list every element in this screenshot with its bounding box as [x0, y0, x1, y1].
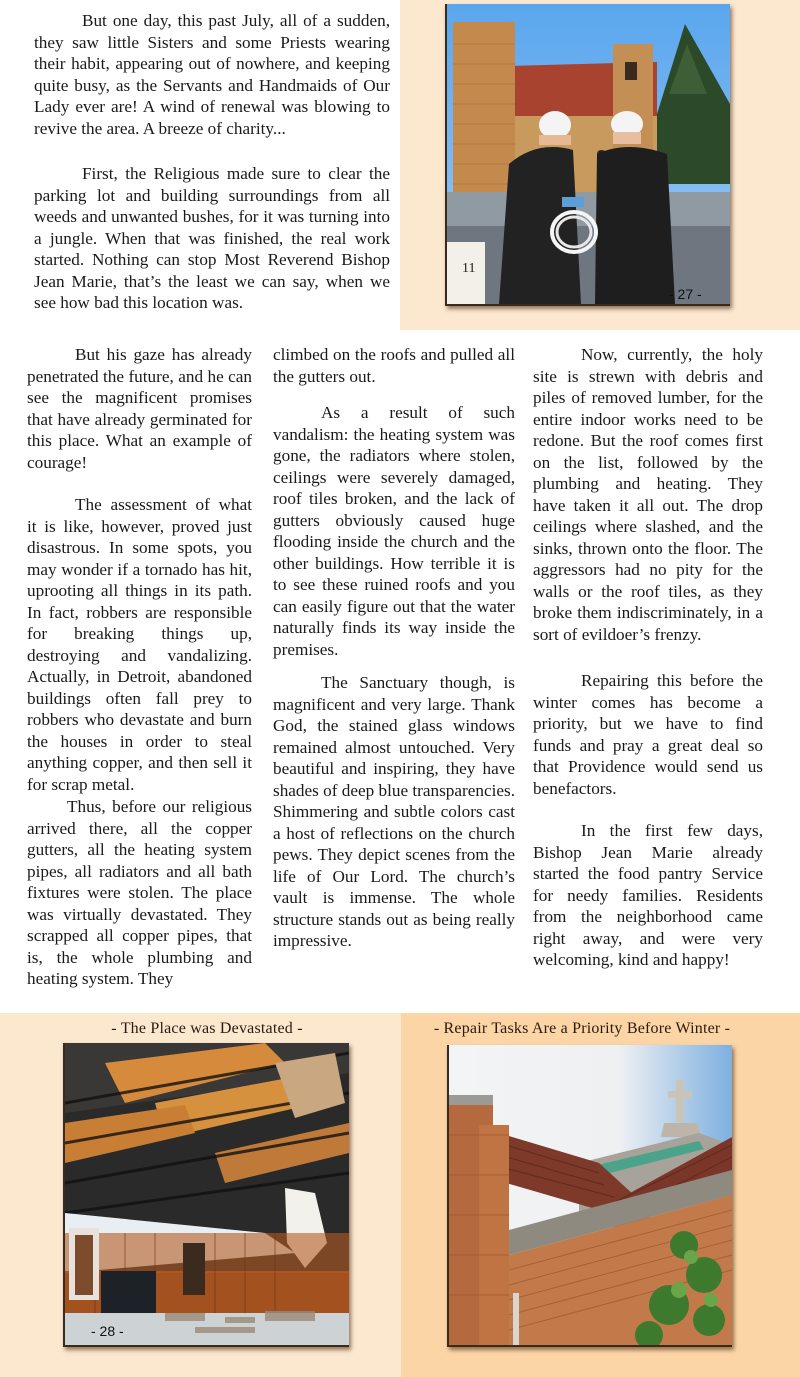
priests-on-roof-photo: 11 - 27 - — [445, 4, 730, 306]
paragraph: Repairing this before the winter comes h… — [533, 670, 763, 799]
paragraph-text: The assessment of what it is like, howev… — [27, 495, 252, 794]
paragraph: Thus, before our religious arrived there… — [27, 796, 252, 990]
devastated-interior-photo: - 28 - — [63, 1043, 349, 1347]
paragraph-text: As a result of such vandalism: the heati… — [273, 403, 515, 659]
paragraph-text: The Sanctuary though, is magnificent and… — [273, 673, 515, 950]
paragraph: climbed on the roofs and pulled all the … — [273, 344, 515, 387]
page-number-27: - 27 - — [669, 286, 702, 302]
paragraph: As a result of such vandalism: the heati… — [273, 402, 515, 660]
paragraph: But his gaze has already penetrated the … — [27, 344, 252, 473]
svg-text:11: 11 — [462, 261, 475, 276]
paragraph-text: First, the Religious made sure to clear … — [34, 164, 390, 312]
church-roof-image — [449, 1045, 732, 1345]
paragraph-text: Now, currently, the holy site is strewn … — [533, 345, 763, 644]
paragraph-text: But one day, this past July, all of a su… — [34, 11, 390, 138]
paragraph: The assessment of what it is like, howev… — [27, 494, 252, 795]
caption-repair-tasks: - Repair Tasks Are a Priority Before Win… — [417, 1020, 747, 1038]
bottom-right-photo-panel: - Repair Tasks Are a Priority Before Win… — [401, 1013, 800, 1377]
bottom-left-photo-panel: - The Place was Devastated - — [0, 1013, 401, 1377]
page-number-28: - 28 - — [91, 1323, 124, 1339]
paragraph: The Sanctuary though, is magnificent and… — [273, 672, 515, 952]
devastated-interior-image — [65, 1043, 349, 1345]
paragraph: In the first few days, Bishop Jean Marie… — [533, 820, 763, 971]
paragraph-text: climbed on the roofs and pulled all the … — [273, 345, 515, 386]
church-roof-photo — [447, 1045, 732, 1347]
caption-devastated: - The Place was Devastated - — [0, 1020, 414, 1038]
paragraph: But one day, this past July, all of a su… — [34, 10, 390, 139]
paragraph-text: But his gaze has already penetrated the … — [27, 345, 252, 472]
paragraph: First, the Religious made sure to clear … — [34, 163, 390, 314]
paragraph-text: Thus, before our religious arrived there… — [27, 797, 252, 988]
paragraph: Now, currently, the holy site is strewn … — [533, 344, 763, 645]
top-photo-panel: 11 - 27 - — [400, 0, 800, 330]
priests-on-roof-image: 11 — [447, 4, 730, 304]
paragraph-text: In the first few days, Bishop Jean Marie… — [533, 821, 763, 969]
paragraph-text: Repairing this before the winter comes h… — [533, 671, 763, 798]
